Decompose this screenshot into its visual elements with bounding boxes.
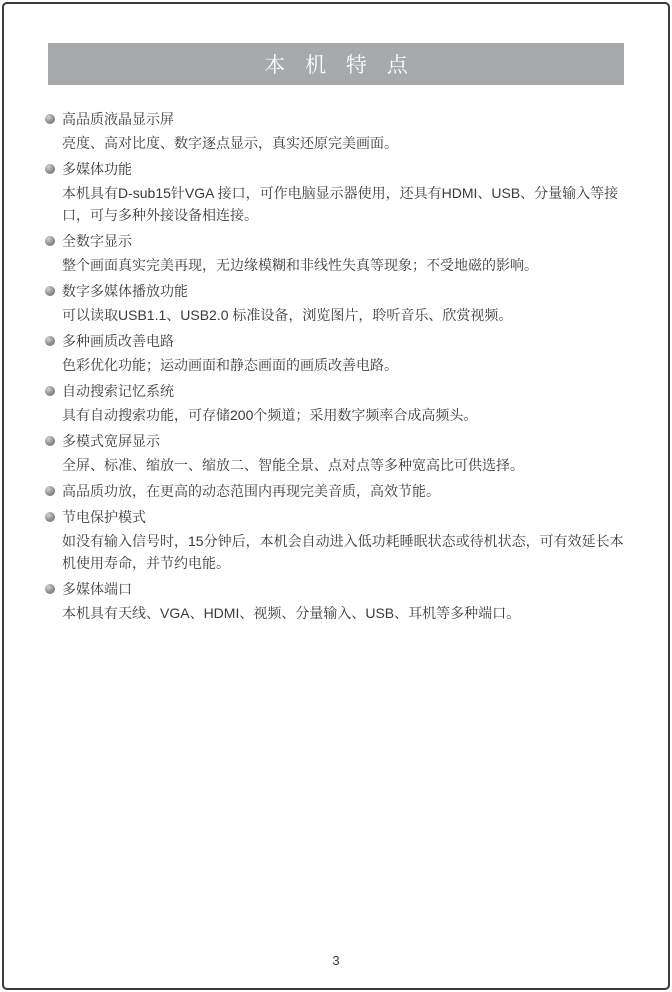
feature-body: 本机具有D-sub15针VGA 接口，可作电脑显示器使用，还具有HDMI、USB… bbox=[45, 182, 627, 226]
feature-heading-row: 高品质功放，在更高的动态范围内再现完美音质，高效节能。 bbox=[45, 480, 627, 502]
feature-body: 整个画面真实完美再现，无边缘模糊和非线性失真等现象；不受地磁的影响。 bbox=[45, 254, 627, 276]
feature-item: 多媒体端口 本机具有天线、VGA、HDMI、视频、分量输入、USB、耳机等多种端… bbox=[45, 578, 627, 624]
feature-heading-row: 多媒体功能 bbox=[45, 158, 627, 180]
bullet-icon bbox=[45, 486, 55, 496]
feature-body: 可以读取USB1.1、USB2.0 标准设备，浏览图片，聆听音乐、欣赏视频。 bbox=[45, 304, 627, 326]
feature-heading-row: 自动搜索记忆系统 bbox=[45, 380, 627, 402]
page-number: 3 bbox=[0, 953, 672, 968]
bullet-icon bbox=[45, 164, 55, 174]
bullet-icon bbox=[45, 236, 55, 246]
feature-heading: 多媒体端口 bbox=[62, 578, 132, 600]
feature-heading-row: 多种画质改善电路 bbox=[45, 330, 627, 352]
page-title-banner: 本 机 特 点 bbox=[48, 43, 624, 85]
feature-item: 节电保护模式 如没有输入信号时，15分钟后，本机会自动进入低功耗睡眠状态或待机状… bbox=[45, 506, 627, 574]
bullet-icon bbox=[45, 286, 55, 296]
feature-heading: 多媒体功能 bbox=[62, 158, 132, 180]
bullet-icon bbox=[45, 436, 55, 446]
feature-list: 高品质液晶显示屏 亮度、高对比度、数字逐点显示，真实还原完美画面。 多媒体功能 … bbox=[45, 104, 627, 626]
feature-heading: 多种画质改善电路 bbox=[62, 330, 174, 352]
feature-body: 全屏、标准、缩放一、缩放二、智能全景、点对点等多种宽高比可供选择。 bbox=[45, 454, 627, 476]
feature-heading-row: 数字多媒体播放功能 bbox=[45, 280, 627, 302]
feature-heading-row: 节电保护模式 bbox=[45, 506, 627, 528]
feature-body: 本机具有天线、VGA、HDMI、视频、分量输入、USB、耳机等多种端口。 bbox=[45, 602, 627, 624]
bullet-icon bbox=[45, 336, 55, 346]
bullet-icon bbox=[45, 386, 55, 396]
feature-heading-row: 多媒体端口 bbox=[45, 578, 627, 600]
feature-body: 亮度、高对比度、数字逐点显示，真实还原完美画面。 bbox=[45, 132, 627, 154]
feature-item: 全数字显示 整个画面真实完美再现，无边缘模糊和非线性失真等现象；不受地磁的影响。 bbox=[45, 230, 627, 276]
feature-heading: 高品质液晶显示屏 bbox=[62, 108, 174, 130]
manual-page: 本 机 特 点 高品质液晶显示屏 亮度、高对比度、数字逐点显示，真实还原完美画面… bbox=[0, 0, 672, 992]
feature-item: 多种画质改善电路 色彩优化功能；运动画面和静态画面的画质改善电路。 bbox=[45, 330, 627, 376]
feature-heading-row: 全数字显示 bbox=[45, 230, 627, 252]
feature-item: 自动搜索记忆系统 具有自动搜索功能，可存储200个频道；采用数字频率合成高频头。 bbox=[45, 380, 627, 426]
bullet-icon bbox=[45, 584, 55, 594]
feature-heading-row: 高品质液晶显示屏 bbox=[45, 108, 627, 130]
feature-item: 高品质功放，在更高的动态范围内再现完美音质，高效节能。 bbox=[45, 480, 627, 502]
feature-heading: 多模式宽屏显示 bbox=[62, 430, 160, 452]
bullet-icon bbox=[45, 114, 55, 124]
bullet-icon bbox=[45, 512, 55, 522]
feature-item: 高品质液晶显示屏 亮度、高对比度、数字逐点显示，真实还原完美画面。 bbox=[45, 108, 627, 154]
feature-heading-row: 多模式宽屏显示 bbox=[45, 430, 627, 452]
feature-item: 多媒体功能 本机具有D-sub15针VGA 接口，可作电脑显示器使用，还具有HD… bbox=[45, 158, 627, 226]
feature-body: 具有自动搜索功能，可存储200个频道；采用数字频率合成高频头。 bbox=[45, 404, 627, 426]
feature-body: 色彩优化功能；运动画面和静态画面的画质改善电路。 bbox=[45, 354, 627, 376]
page-title: 本 机 特 点 bbox=[257, 49, 415, 79]
feature-heading: 高品质功放，在更高的动态范围内再现完美音质，高效节能。 bbox=[62, 480, 440, 502]
feature-body: 如没有输入信号时，15分钟后，本机会自动进入低功耗睡眠状态或待机状态，可有效延长… bbox=[45, 530, 627, 574]
feature-heading: 全数字显示 bbox=[62, 230, 132, 252]
feature-item: 多模式宽屏显示 全屏、标准、缩放一、缩放二、智能全景、点对点等多种宽高比可供选择… bbox=[45, 430, 627, 476]
feature-heading: 自动搜索记忆系统 bbox=[62, 380, 174, 402]
feature-item: 数字多媒体播放功能 可以读取USB1.1、USB2.0 标准设备，浏览图片，聆听… bbox=[45, 280, 627, 326]
feature-heading: 节电保护模式 bbox=[62, 506, 146, 528]
feature-heading: 数字多媒体播放功能 bbox=[62, 280, 188, 302]
